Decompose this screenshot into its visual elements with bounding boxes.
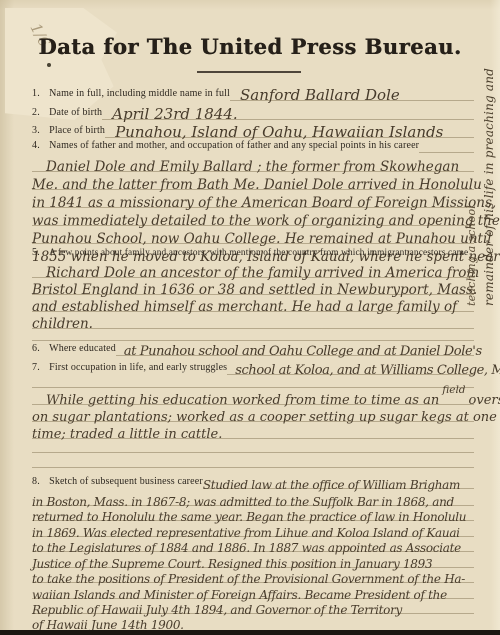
handwritten-line: returned to Honolulu the same year. Bega… bbox=[32, 505, 474, 522]
handwritten-line: Me. and the latter from Bath Me. Daniel … bbox=[32, 171, 474, 190]
field-3-handwritten-value: Punahou, Island of Oahu, Hawaiian Island… bbox=[115, 125, 443, 140]
field-3-number: 3. bbox=[32, 125, 40, 138]
field-6-handwritten-value: at Punahou school and Oahu College and a… bbox=[124, 345, 482, 358]
ruled-line: Punahou, Island of Oahu, Hawaiian Island… bbox=[105, 122, 474, 138]
field-row-1: 1. Name in full, including middle name i… bbox=[32, 82, 474, 101]
ruled-line: at Punahou school and Oahu College and a… bbox=[116, 342, 474, 356]
field-6-label: Where educated bbox=[49, 343, 116, 356]
field-1-label: Name in full, including middle name in f… bbox=[49, 88, 230, 101]
handwritten-line: Daniel Dole and Emily Ballard ; the form… bbox=[32, 153, 474, 172]
handwritten-line: in Boston, Mass. in 1867-8; was admitted… bbox=[32, 489, 474, 506]
scanned-document-page: 1/6 Data for The United Press Bureau. 1.… bbox=[0, 0, 500, 635]
field-4-number: 4. bbox=[32, 140, 40, 153]
handwritten-line: in 1869. Was elected representative from… bbox=[32, 520, 474, 537]
ruled-line: April 23rd 1844. bbox=[102, 104, 474, 120]
handwritten-line: waiian Islands and Minister of Foreign A… bbox=[32, 582, 474, 599]
photo-bottom-edge bbox=[0, 630, 500, 635]
handwritten-line: Punahou School, now Oahu College. He rem… bbox=[32, 225, 474, 244]
field-1-number: 1. bbox=[32, 88, 40, 101]
field-7-label: First occupation in life, and early stru… bbox=[49, 362, 227, 375]
handwritten-line: Republic of Hawaii July 4th 1894, and Go… bbox=[32, 598, 474, 615]
education-note-inserted-word: field bbox=[442, 385, 465, 396]
field-row-6: 6. Where educated at Punahou school and … bbox=[32, 340, 474, 356]
field-row-4-label: 4. Names of father and mother, and occup… bbox=[32, 139, 474, 153]
ruled-line: Studied law at the office of William Bri… bbox=[203, 476, 474, 489]
blank-ruled-line bbox=[32, 438, 474, 453]
blank-ruled-line bbox=[32, 452, 474, 468]
handwritten-line: and established himself as merchant. He … bbox=[32, 294, 474, 312]
margin-note-line-1: remainder of his life in preaching and bbox=[482, 26, 496, 306]
field-6-number: 6. bbox=[32, 343, 40, 356]
ruled-line: Sanford Ballard Dole bbox=[230, 85, 474, 101]
field-4-label: Names of father and mother, and occupati… bbox=[49, 140, 419, 153]
handwritten-line: time; traded a little in cattle. bbox=[32, 421, 474, 439]
field-row-5-label: 5. A few points about family and ancesto… bbox=[32, 247, 474, 260]
handwritten-line: of Hawaii June 14th 1900. bbox=[32, 613, 474, 628]
field-row-3: 3. Place of birth Punahou, Island of Oah… bbox=[32, 120, 474, 138]
field-8-number: 8. bbox=[32, 476, 40, 489]
field-row-8-label: 8. Sketch of subsequent business career … bbox=[32, 470, 474, 489]
field-row-2: 2. Date of birth April 23rd 1844. bbox=[32, 101, 474, 120]
handwritten-line: to take the positions of President of th… bbox=[32, 567, 474, 584]
field-2-label: Date of birth bbox=[49, 107, 102, 120]
field-5-label: A few points about family and ancestors,… bbox=[49, 248, 468, 260]
handwritten-line: was immediately detailed to the work of … bbox=[32, 207, 474, 226]
field-3-label: Place of birth bbox=[49, 125, 105, 138]
field-2-number: 2. bbox=[32, 107, 40, 120]
field-row-7: 7. First occupation in life, and early s… bbox=[32, 358, 474, 375]
field-5-number: 5. bbox=[32, 247, 40, 260]
field-7-number: 7. bbox=[32, 362, 40, 375]
margin-note-line-2: teaching a school bbox=[465, 150, 478, 306]
handwritten-line: to the Legislatures of 1884 and 1886. In… bbox=[32, 536, 474, 553]
field-8-label: Sketch of subsequent business career bbox=[49, 476, 203, 489]
page-title: Data for The United Press Bureau. bbox=[0, 34, 500, 59]
handwritten-line: Justice of the Supreme Court. Resigned t… bbox=[32, 551, 474, 568]
title-rule bbox=[197, 71, 301, 73]
ink-speck bbox=[47, 63, 51, 67]
handwritten-line: on sugar plantations; worked as a cooper… bbox=[32, 404, 474, 422]
handwritten-line: Bristol England in 1636 or 38 and settle… bbox=[32, 277, 474, 295]
handwritten-line: Richard Dole an ancestor of the family a… bbox=[32, 260, 474, 278]
handwritten-line: While getting his education worked from … bbox=[32, 387, 474, 405]
ruled-line: school at Koloa, and at Williams College… bbox=[227, 361, 474, 375]
handwritten-line: in 1841 as a missionary of the American … bbox=[32, 189, 474, 208]
handwritten-line: children. bbox=[32, 311, 474, 329]
